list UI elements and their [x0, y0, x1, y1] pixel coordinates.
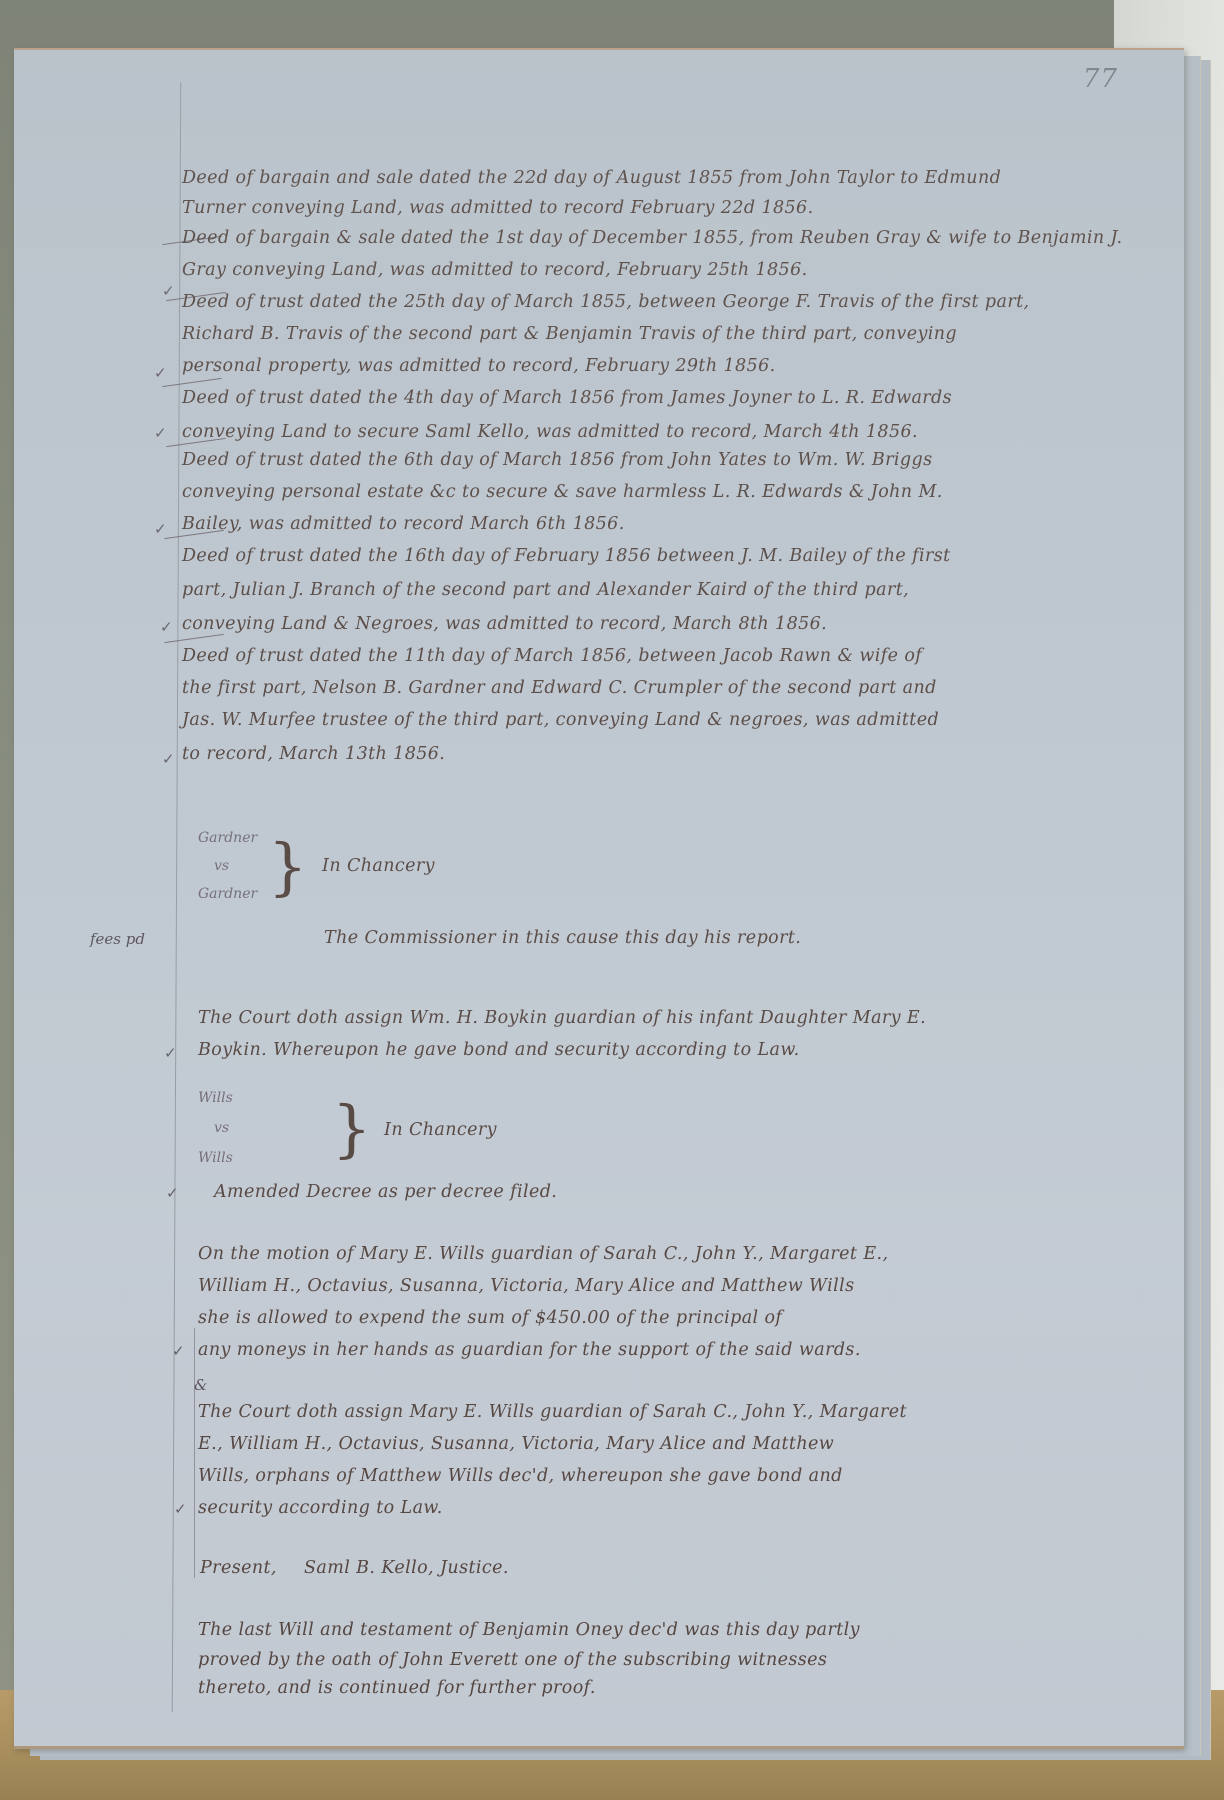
- motion-line-2: William H., Octavius, Susanna, Victoria,…: [198, 1278, 855, 1296]
- motion-line-3: she is allowed to expend the sum of $450…: [198, 1310, 782, 1328]
- deed-2-line-1: Deed of bargain & sale dated the 1st day…: [182, 230, 1123, 248]
- deed-3-line-1: Deed of trust dated the 25th day of Marc…: [182, 294, 1029, 312]
- will-line-1: The last Will and testament of Benjamin …: [198, 1622, 860, 1640]
- deed-7-line-1: Deed of trust dated the 11th day of Marc…: [182, 648, 922, 666]
- deed-7-line-2: the first part, Nelson B. Gardner and Ed…: [182, 680, 937, 698]
- guardian-2-line-3: Wills, orphans of Matthew Wills dec'd, w…: [198, 1468, 843, 1486]
- checkmark-icon: ✓: [154, 424, 167, 442]
- deed-4-line-1: Deed of trust dated the 4th day of March…: [182, 390, 952, 408]
- will-line-3: thereto, and is continued for further pr…: [198, 1680, 596, 1698]
- checkmark-icon: ✓: [172, 1342, 185, 1360]
- deed-6-line-3: conveying Land & Negroes, was admitted t…: [182, 616, 827, 634]
- chancery-2-defendant: Wills: [198, 1150, 233, 1166]
- margin-mark-ampersand: &: [194, 1376, 207, 1394]
- checkmark-icon: ✓: [160, 618, 173, 636]
- chancery-1-versus: vs: [214, 858, 229, 874]
- deed-6-line-1: Deed of trust dated the 16th day of Febr…: [182, 548, 951, 566]
- checkmark-icon: ✓: [162, 282, 175, 300]
- chancery-2-plaintiff: Wills: [198, 1090, 233, 1106]
- chancery-1-court: In Chancery: [322, 858, 435, 876]
- deed-5-line-2: conveying personal estate &c to secure &…: [182, 484, 943, 502]
- margin-rule-line: [172, 82, 182, 1712]
- deed-4-line-2: conveying Land to secure Saml Kello, was…: [182, 424, 918, 442]
- chancery-1-plaintiff: Gardner: [198, 830, 257, 846]
- chancery-2-versus: vs: [214, 1120, 229, 1136]
- folio-number: 77: [1083, 64, 1118, 94]
- motion-line-1: On the motion of Mary E. Wills guardian …: [198, 1246, 888, 1264]
- present-justice: Saml B. Kello, Justice.: [304, 1560, 509, 1578]
- will-line-2: proved by the oath of John Everett one o…: [198, 1652, 827, 1670]
- margin-note-fees-paid: fees pd: [90, 930, 145, 948]
- entry-separator-dash: [164, 634, 224, 643]
- checkmark-icon: ✓: [166, 1184, 179, 1202]
- ledger-page: 77 Deed of bargain and sale dated the 22…: [14, 48, 1184, 1749]
- deed-7-line-3: Jas. W. Murfee trustee of the third part…: [182, 712, 939, 730]
- deed-5-line-1: Deed of trust dated the 6th day of March…: [182, 452, 933, 470]
- guardian-2-line-4: security according to Law.: [198, 1500, 443, 1518]
- checkmark-icon: ✓: [174, 1500, 187, 1518]
- guardian-2-line-1: The Court doth assign Mary E. Wills guar…: [198, 1404, 907, 1422]
- present-label: Present,: [200, 1560, 277, 1578]
- checkmark-icon: ✓: [164, 1044, 177, 1062]
- chancery-1-defendant: Gardner: [198, 886, 257, 902]
- entry-separator-dash: [162, 378, 222, 387]
- guardian-1-line-1: The Court doth assign Wm. H. Boykin guar…: [198, 1010, 926, 1028]
- guardian-2-line-2: E., William H., Octavius, Susanna, Victo…: [198, 1436, 834, 1454]
- deed-7-line-4: to record, March 13th 1856.: [182, 746, 445, 764]
- guardian-2-line-2-text: E., William H., Octavius, Susanna, Victo…: [198, 1434, 834, 1454]
- deed-5-line-3: Bailey, was admitted to record March 6th…: [182, 516, 625, 534]
- checkmark-icon: ✓: [162, 750, 175, 768]
- deed-1-line-1: Deed of bargain and sale dated the 22d d…: [182, 170, 1001, 188]
- checkmark-icon: ✓: [154, 520, 167, 538]
- deed-1-line-2: Turner conveying Land, was admitted to r…: [182, 200, 814, 218]
- guardian-1-line-2: Boykin. Whereupon he gave bond and secur…: [198, 1042, 800, 1060]
- chancery-1-text: The Commissioner in this cause this day …: [324, 930, 801, 948]
- checkmark-icon: ✓: [154, 364, 167, 382]
- deed-6-line-2: part, Julian J. Branch of the second par…: [182, 582, 909, 600]
- deed-3-line-3: personal property, was admitted to recor…: [182, 358, 776, 376]
- brace-icon: }: [332, 1092, 371, 1165]
- brace-icon: }: [268, 830, 307, 903]
- chancery-2-court: In Chancery: [384, 1122, 497, 1140]
- chancery-2-text: Amended Decree as per decree filed.: [214, 1184, 557, 1202]
- deed-2-line-2: Gray conveying Land, was admitted to rec…: [182, 262, 808, 280]
- deed-3-line-2: Richard B. Travis of the second part & B…: [182, 326, 957, 344]
- margin-bracket-line: [194, 1328, 195, 1578]
- motion-line-4: any moneys in her hands as guardian for …: [198, 1342, 861, 1360]
